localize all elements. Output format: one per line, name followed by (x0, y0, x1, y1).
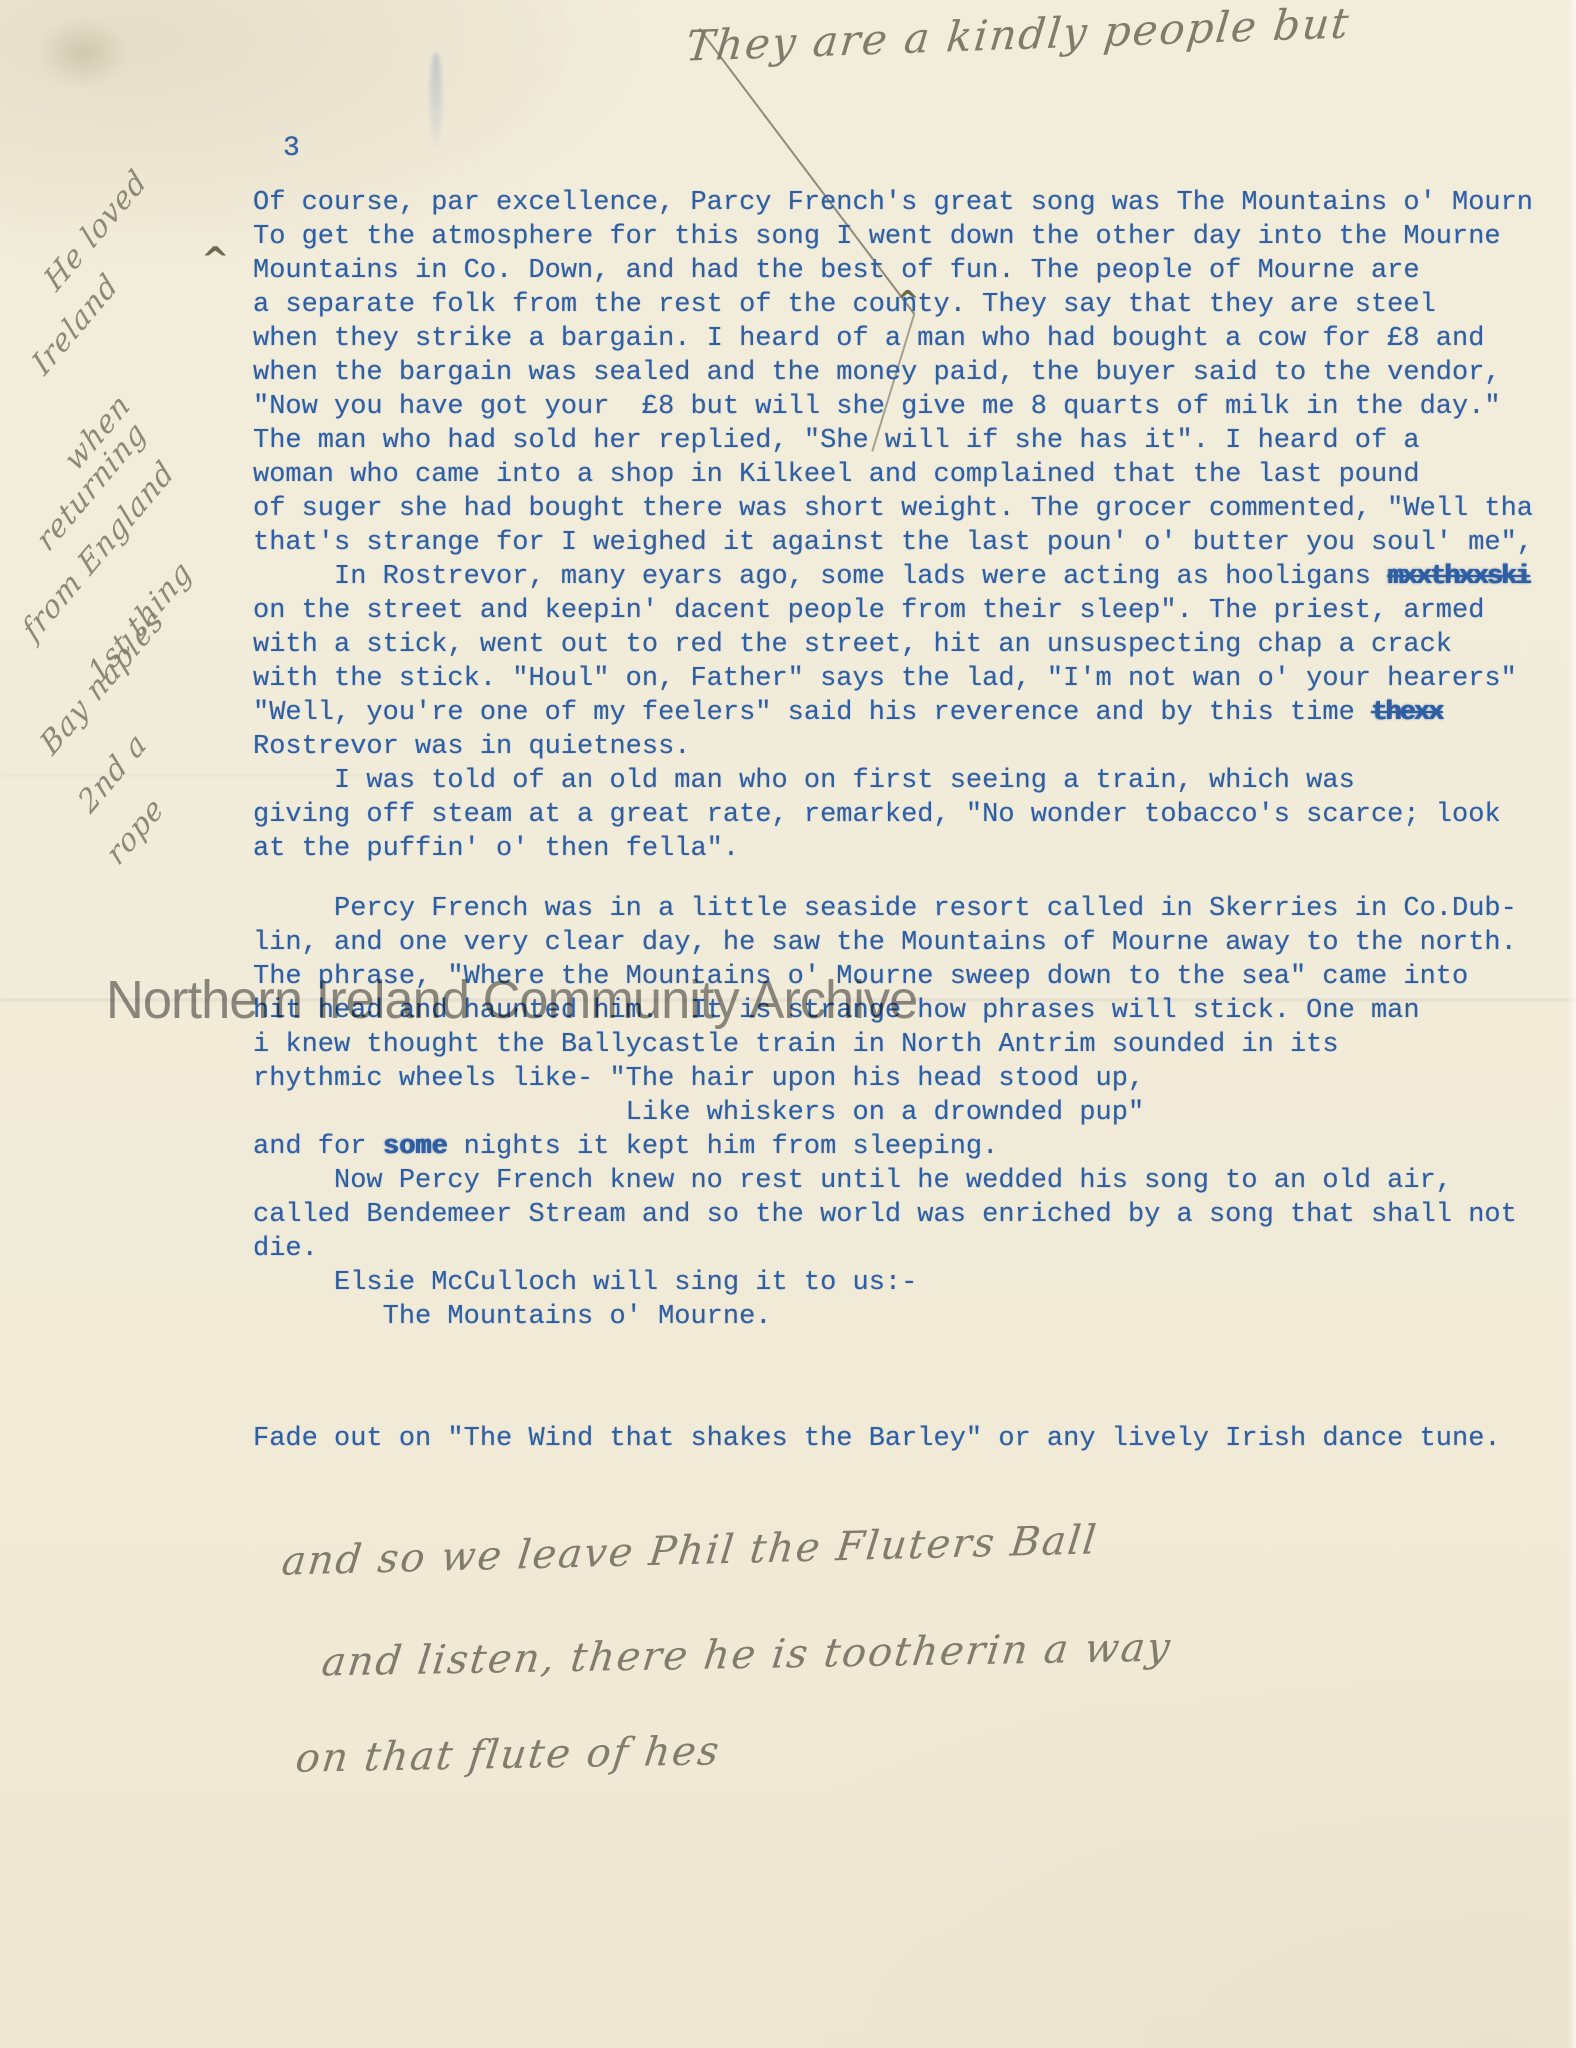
typed-line: In Rostrevor, many eyars ago, some lads … (253, 560, 1576, 594)
overtyped-text: some (383, 1132, 448, 1162)
ink-smudge (430, 52, 442, 147)
typed-segment: "Well, you're one of my feelers" said hi… (253, 698, 1371, 728)
typed-line: die. (253, 1232, 1576, 1266)
typed-line: Rostrevor was in quietness. (253, 730, 1576, 764)
typed-line: The man who had sold her replied, "She w… (253, 424, 1576, 458)
typed-line: Elsie McCulloch will sing it to us:- (253, 1266, 1576, 1300)
typed-line: at the puffin' o' then fella". (253, 832, 1576, 866)
struck-text: mxxthxxski (1387, 562, 1529, 592)
typed-line: The Mountains o' Mourne. (253, 1300, 1576, 1334)
typed-line: Percy French was in a little seaside res… (253, 892, 1576, 926)
paper-corner-fold (38, 18, 128, 88)
typed-line: rhythmic wheels like- "The hair upon his… (253, 1062, 1576, 1096)
struck-text: thexx (1371, 698, 1442, 728)
document-page: ^ ^ They are a kindly people but He love… (0, 0, 1576, 2048)
bottom-note-line: on that flute of hes (293, 1728, 723, 1782)
typed-line: called Bendemeer Stream and so the world… (253, 1198, 1576, 1232)
typed-line: a separate folk from the rest of the cou… (253, 288, 1576, 322)
typed-line-fade-direction: Fade out on "The Wind that shakes the Ba… (253, 1422, 1576, 1456)
typed-line: when they strike a bargain. I heard of a… (253, 322, 1576, 356)
typed-body: Of course, par excellence, Parcy French'… (253, 186, 1576, 1456)
typed-line: i knew thought the Ballycastle train in … (253, 1028, 1576, 1062)
typed-segment: and for (253, 1132, 383, 1162)
typed-line: Mountains in Co. Down, and had the best … (253, 254, 1576, 288)
typed-line: when the bargain was sealed and the mone… (253, 356, 1576, 390)
typed-line: I was told of an old man who on first se… (253, 764, 1576, 798)
bottom-note-line: and listen, there he is tootherin a way (319, 1625, 1174, 1686)
typed-line: on the street and keepin' dacent people … (253, 594, 1576, 628)
typed-line: with a stick, went out to red the street… (253, 628, 1576, 662)
typed-line: giving off steam at a great rate, remark… (253, 798, 1576, 832)
typed-line: "Well, you're one of my feelers" said hi… (253, 696, 1576, 730)
typed-line: Now Percy French knew no rest until he w… (253, 1164, 1576, 1198)
annotation-top: They are a kindly people but (684, 0, 1353, 71)
archive-watermark: Northern Ireland Community Archive (106, 972, 917, 1028)
typed-line: of suger she had bought there was short … (253, 492, 1576, 526)
typed-line: lin, and one very clear day, he saw the … (253, 926, 1576, 960)
pencil-caret-mark: ^ (201, 240, 230, 280)
margin-note-line: Ireland (26, 267, 125, 383)
typed-line: Of course, par excellence, Parcy French'… (253, 186, 1576, 220)
bottom-note-line: and so we leave Phil the Fluters Ball (280, 1517, 1101, 1585)
typed-line: "Now you have got your £8 but will she g… (253, 390, 1576, 424)
typed-segment: nights it kept him from sleeping. (447, 1132, 998, 1162)
typed-segment: In Rostrevor, many eyars ago, some lads … (253, 562, 1387, 592)
typed-line: with the stick. "Houl" on, Father" says … (253, 662, 1576, 696)
typed-line: that's strange for I weighed it against … (253, 526, 1576, 560)
typed-line: Like whiskers on a drownded pup" (253, 1096, 1576, 1130)
typed-line: and for some nights it kept him from sle… (253, 1130, 1576, 1164)
page-number: 3 (283, 134, 300, 164)
typed-line: To get the atmosphere for this song I we… (253, 220, 1576, 254)
typed-line: woman who came into a shop in Kilkeel an… (253, 458, 1576, 492)
